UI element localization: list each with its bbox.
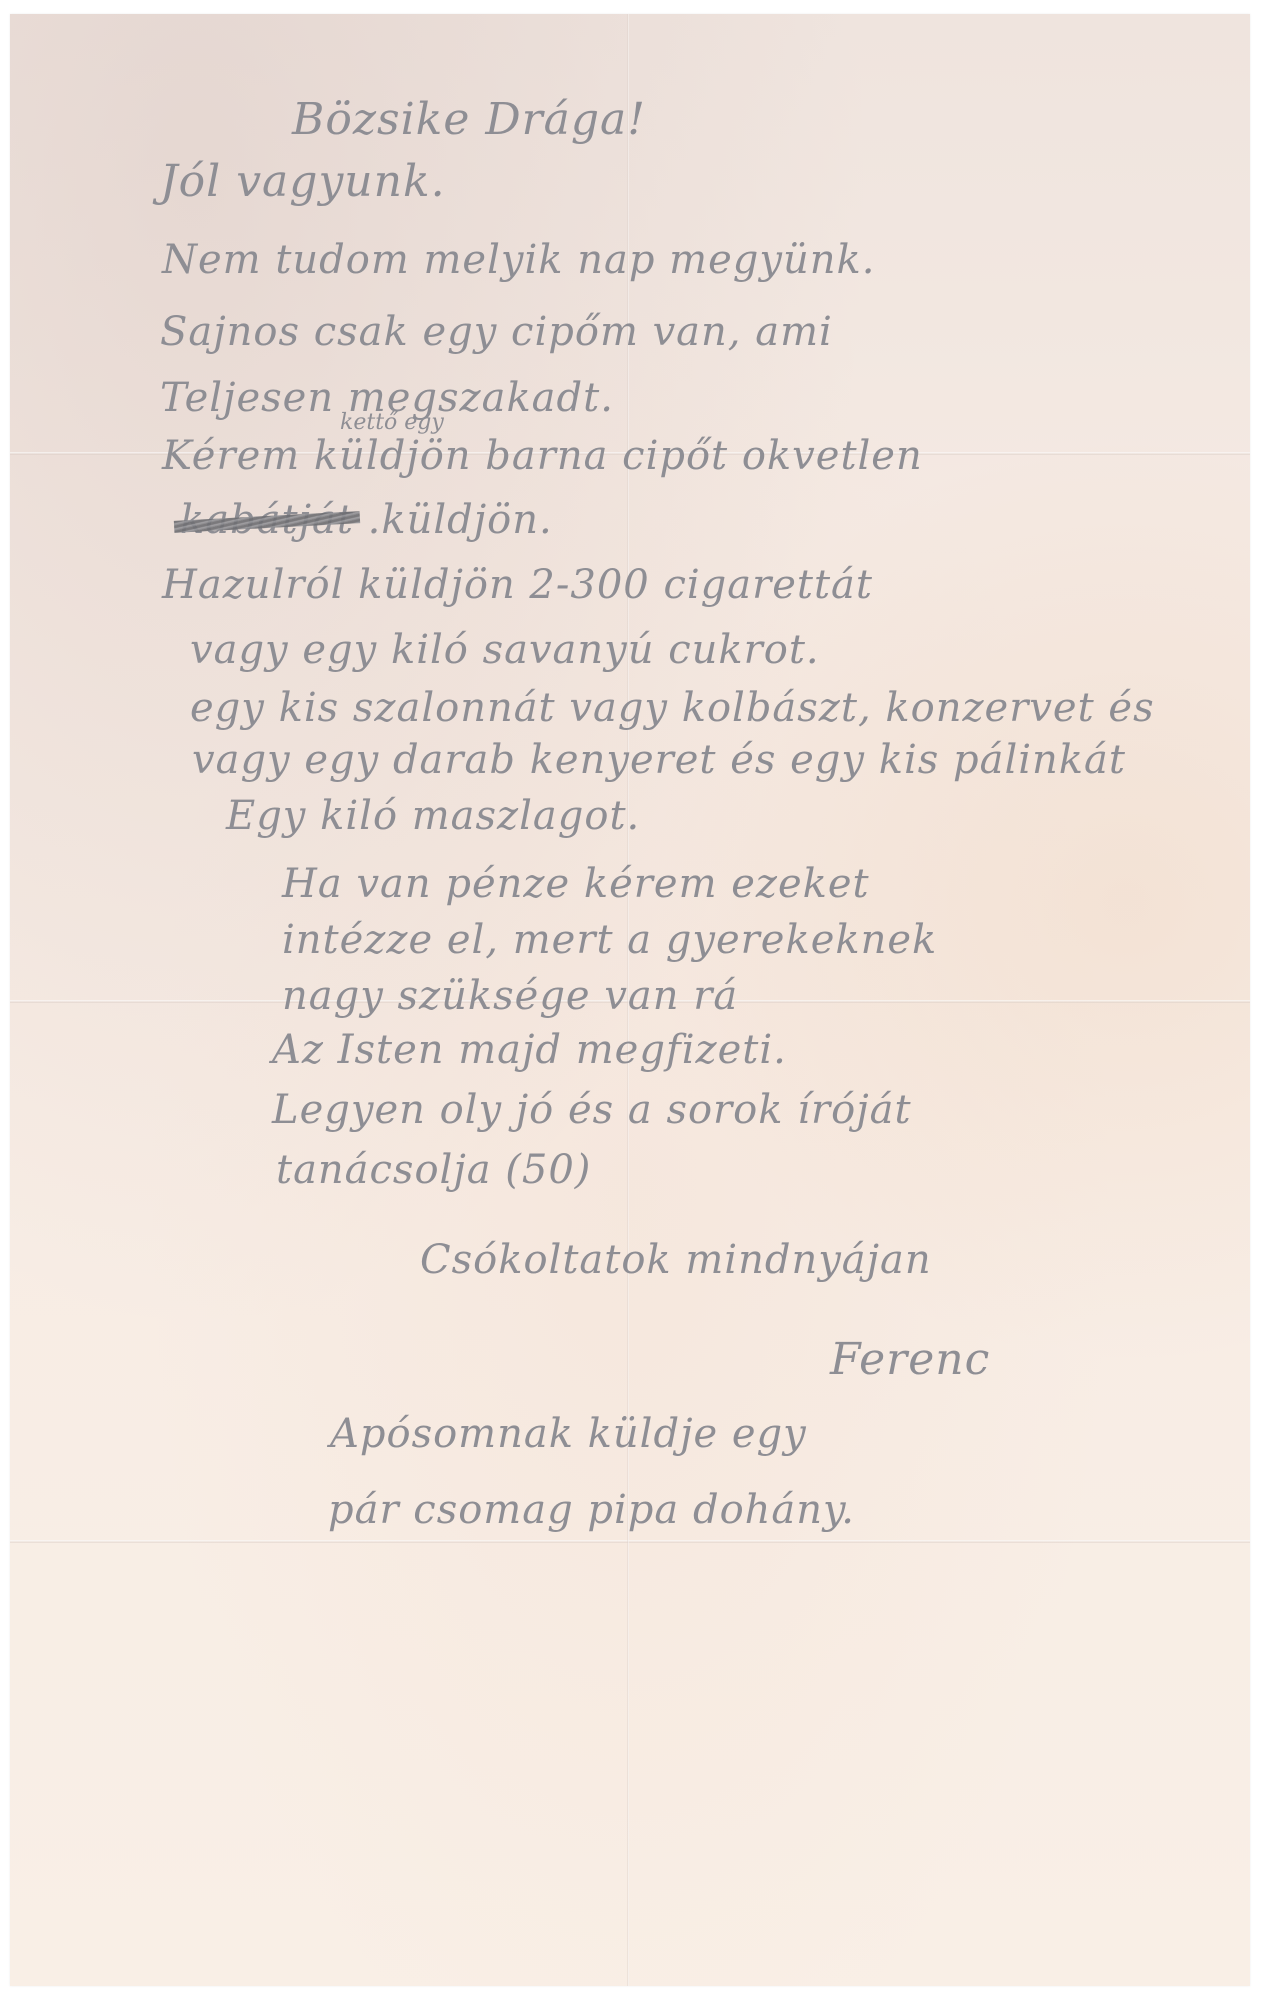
letter-line-7: Hazulról küldjön 2-300 cigarettát [162,565,873,605]
letter-line-10: vagy egy darab kenyeret és egy kis pálin… [192,740,1126,780]
crossed-out-word: kabátját [180,500,354,540]
letter-line-15: Az Isten majd megfizeti. [272,1030,787,1070]
letter-greeting: Bözsike Drága! [292,98,646,142]
fold-line-lower [10,1540,1250,1543]
postscript-line-2: pár csomag pipa dohány. [328,1490,855,1530]
letter-line-9: egy kis szalonnát vagy kolbászt, konzerv… [190,688,1155,728]
letter-line-6: kabátját .küldjön. [180,500,553,540]
letter-line-11: Egy kiló maszlagot. [226,796,640,836]
letter-line-17: tanácsolja (50) [276,1150,591,1190]
after-strike-text: .küldjön. [368,497,553,543]
letter-line-16: Legyen oly jó és a sorok íróját [272,1090,912,1130]
letter-line-3: Sajnos csak egy cipőm van, ami [160,312,833,352]
letter-line-5: Kérem küldjön barna cipőt okvetlen [162,436,923,476]
signature: Ferenc [830,1338,990,1382]
letter-line-14: nagy szüksége van rá [282,976,738,1016]
letter-line-1: Jól vagyunk. [160,160,446,204]
letter-line-8: vagy egy kiló savanyú cukrot. [190,630,820,670]
letter-closing: Csókoltatok mindnyájan [420,1240,932,1280]
letter-line-12: Ha van pénze kérem ezeket [282,864,870,904]
postscript-line-1: Apósomnak küldje egy [330,1414,807,1454]
inserted-text-above: kettő egy [340,410,444,435]
letter-line-2: Nem tudom melyik nap megyünk. [162,240,875,280]
letter-line-13: intézze el, mert a gyerekeknek [282,920,937,960]
